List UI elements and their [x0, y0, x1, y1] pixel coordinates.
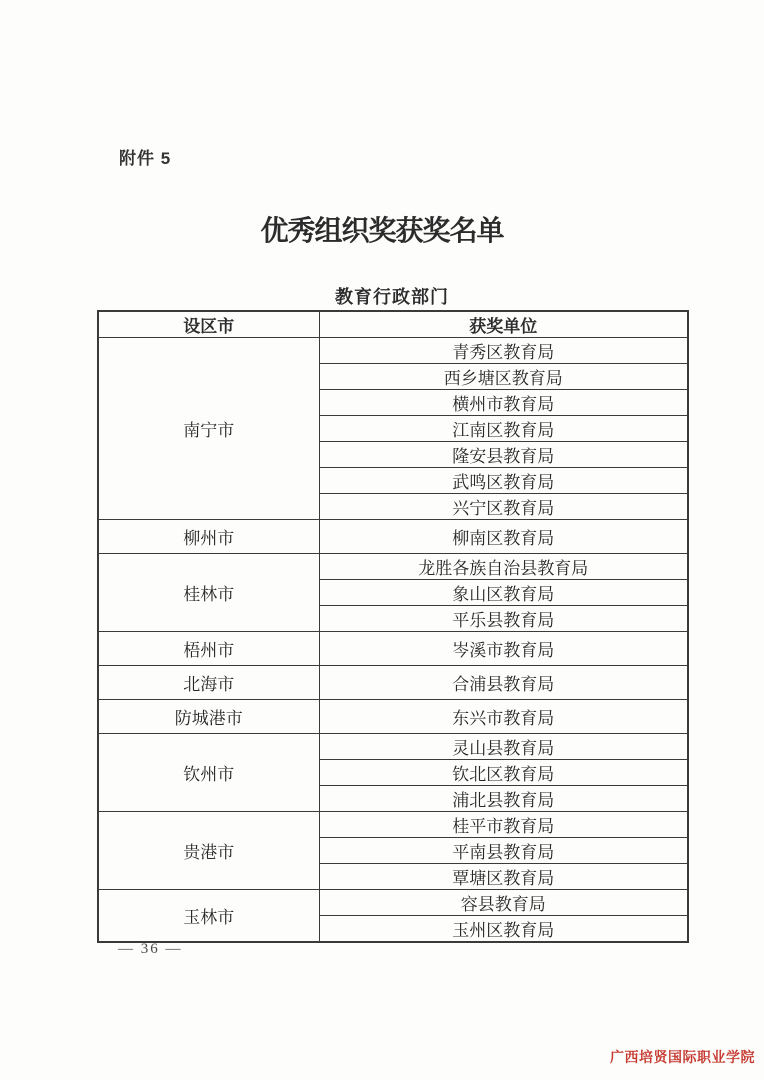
table-row: 南宁市青秀区教育局 — [98, 338, 688, 364]
table-row: 桂林市龙胜各族自治县教育局 — [98, 554, 688, 580]
header-unit: 获奖单位 — [319, 311, 688, 338]
unit-cell: 武鸣区教育局 — [319, 468, 688, 494]
unit-cell: 横州市教育局 — [319, 390, 688, 416]
unit-cell: 灵山县教育局 — [319, 734, 688, 760]
header-city: 设区市 — [98, 311, 319, 338]
table-row: 贵港市桂平市教育局 — [98, 812, 688, 838]
city-cell: 桂林市 — [98, 554, 319, 632]
award-table-body: 南宁市青秀区教育局西乡塘区教育局横州市教育局江南区教育局隆安县教育局武鸣区教育局… — [98, 338, 688, 943]
unit-cell: 浦北县教育局 — [319, 786, 688, 812]
unit-cell: 象山区教育局 — [319, 580, 688, 606]
unit-cell: 玉州区教育局 — [319, 916, 688, 943]
unit-cell: 合浦县教育局 — [319, 666, 688, 700]
unit-cell: 青秀区教育局 — [319, 338, 688, 364]
award-table: 设区市 获奖单位 南宁市青秀区教育局西乡塘区教育局横州市教育局江南区教育局隆安县… — [97, 310, 689, 943]
city-cell: 北海市 — [98, 666, 319, 700]
city-cell: 贵港市 — [98, 812, 319, 890]
unit-cell: 平南县教育局 — [319, 838, 688, 864]
document-page: 附件 5 优秀组织奖获奖名单 教育行政部门 设区市 获奖单位 南宁市青秀区教育局… — [0, 0, 764, 1080]
table-row: 玉林市容县教育局 — [98, 890, 688, 916]
unit-cell: 东兴市教育局 — [319, 700, 688, 734]
unit-cell: 隆安县教育局 — [319, 442, 688, 468]
unit-cell: 岑溪市教育局 — [319, 632, 688, 666]
city-cell: 防城港市 — [98, 700, 319, 734]
city-cell: 玉林市 — [98, 890, 319, 943]
city-cell: 钦州市 — [98, 734, 319, 812]
unit-cell: 钦北区教育局 — [319, 760, 688, 786]
unit-cell: 柳南区教育局 — [319, 520, 688, 554]
section-heading: 教育行政部门 — [97, 283, 687, 309]
unit-cell: 覃塘区教育局 — [319, 864, 688, 890]
document-title: 优秀组织奖获奖名单 — [0, 209, 764, 249]
city-cell: 梧州市 — [98, 632, 319, 666]
table-row: 钦州市灵山县教育局 — [98, 734, 688, 760]
city-cell: 柳州市 — [98, 520, 319, 554]
page-number: — 36 — — [118, 941, 183, 958]
table-header-row: 设区市 获奖单位 — [98, 311, 688, 338]
unit-cell: 西乡塘区教育局 — [319, 364, 688, 390]
unit-cell: 容县教育局 — [319, 890, 688, 916]
unit-cell: 桂平市教育局 — [319, 812, 688, 838]
table-row: 防城港市东兴市教育局 — [98, 700, 688, 734]
table-row: 北海市合浦县教育局 — [98, 666, 688, 700]
attachment-label: 附件 5 — [119, 144, 171, 169]
unit-cell: 龙胜各族自治县教育局 — [319, 554, 688, 580]
unit-cell: 平乐县教育局 — [319, 606, 688, 632]
footer-stamp: 广西培贤国际职业学院 — [610, 1047, 755, 1067]
table-row: 梧州市岑溪市教育局 — [98, 632, 688, 666]
unit-cell: 兴宁区教育局 — [319, 494, 688, 520]
city-cell: 南宁市 — [98, 338, 319, 520]
unit-cell: 江南区教育局 — [319, 416, 688, 442]
table-row: 柳州市柳南区教育局 — [98, 520, 688, 554]
